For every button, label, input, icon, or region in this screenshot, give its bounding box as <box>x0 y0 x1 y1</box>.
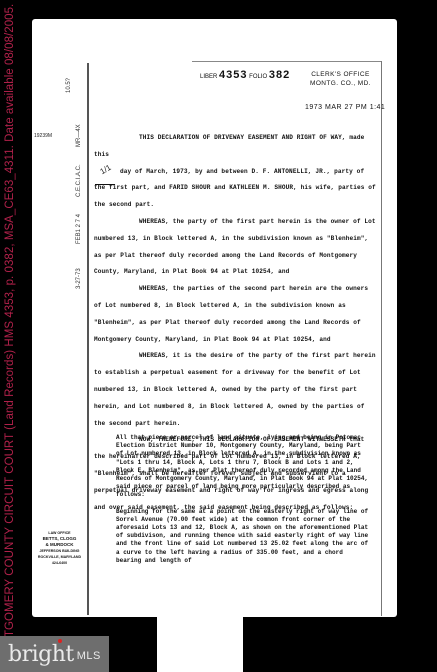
bright-mls-logo: bright MLS <box>0 636 109 672</box>
paragraph-whereas-2: WHEREAS, the parties of the second part … <box>94 281 379 348</box>
clerk-office-stamp: CLERK'S OFFICE MONTG. CO., MD. <box>310 70 371 88</box>
margin-note-4: 3-27-73 <box>76 268 82 289</box>
margin-doc-number: 19239M <box>34 133 52 139</box>
paragraph-whereas-3: WHEREAS, it is the desire of the party o… <box>94 348 379 432</box>
side-watermark-text: MONTGOMERY COUNTY CIRCUIT COURT (Land Re… <box>4 0 16 664</box>
paragraph-parties: day of March, 1973, by and between D. F.… <box>94 164 379 214</box>
brand-dot-icon <box>58 639 62 643</box>
right-margin-line <box>381 61 382 616</box>
top-rule <box>192 61 382 62</box>
liber-label: LIBER <box>200 74 217 80</box>
next-page-edge <box>157 612 243 672</box>
clerk-line-1: CLERK'S OFFICE <box>310 70 371 79</box>
margin-note-1: MR—4X <box>76 124 82 147</box>
brand-wordmark: bright <box>8 642 74 667</box>
folio-number: 382 <box>269 69 290 81</box>
law-office-line-6: 424-6400 <box>32 560 87 566</box>
side-watermark: MONTGOMERY COUNTY CIRCUIT COURT (Land Re… <box>2 0 18 672</box>
margin-top-number: 10.5? <box>66 78 72 93</box>
left-margin-line <box>87 63 89 615</box>
law-office-block: LAW OFFICE BETTS, CLOGG & MURDOCK JEFFER… <box>32 530 87 566</box>
liber-folio: LIBER 4353 FOLIO 382 <box>200 69 290 81</box>
brand-suffix: MLS <box>77 650 101 662</box>
folio-label: FOLIO <box>249 74 267 80</box>
description-beginning: Beginning for the same at a point on the… <box>116 508 371 565</box>
paragraph-whereas-1: WHEREAS, the party of the first part her… <box>94 214 379 281</box>
liber-number: 4353 <box>219 69 247 81</box>
description-parcel: All that piece or parcel of land situate… <box>116 434 371 500</box>
clerk-line-2: MONTG. CO., MD. <box>310 79 371 88</box>
recorded-date-stamp: 1973 MAR 27 PM 1:41 <box>305 104 385 111</box>
easement-description: All that piece or parcel of land situate… <box>116 434 371 573</box>
paragraph-title: THIS DECLARATION OF DRIVEWAY EASEMENT AN… <box>94 130 379 164</box>
margin-note-2: C.E.C.I.A.C. <box>76 164 82 197</box>
margin-note-3: FEB1 2 7 4 <box>76 214 82 244</box>
